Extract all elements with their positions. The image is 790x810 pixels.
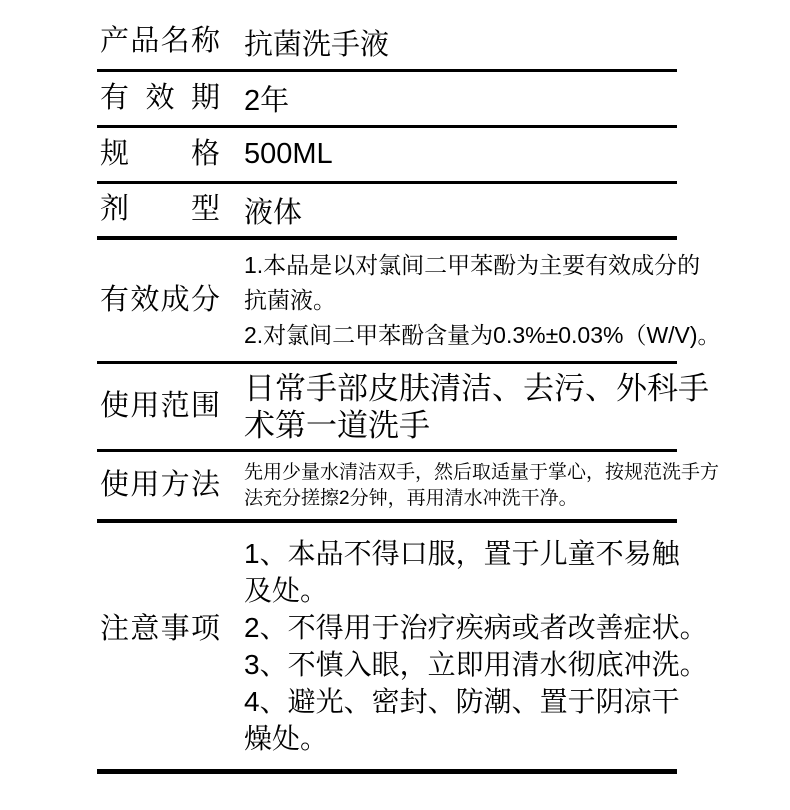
scope-of-use-text: 日常手部皮肤清洁、去污、外科手 术第一道洗手 [244,370,709,444]
precautions-text: 1、本品不得口服，置于儿童不易触 及处。 2、不得用于治疗疾病或者改善症状。 3… [244,535,708,757]
shelf-life-label: 有效期 [97,83,220,115]
precautions-label: 注意事项 [97,614,220,646]
row-product-name: 产品名称 抗菌洗手液 [97,15,677,72]
product-spec-page: 产品名称 抗菌洗手液 有效期 2年 规格 500ML 剂型 液体 有效成分 1.… [0,0,790,810]
usage-method-label: 使用方法 [97,470,220,502]
product-spec-table: 产品名称 抗菌洗手液 有效期 2年 规格 500ML 剂型 液体 有效成分 1.… [97,15,677,774]
dosage-form-value: 液体 [244,190,302,231]
shelf-life-value: 2年 [244,78,289,119]
row-scope-of-use: 使用范围 日常手部皮肤清洁、去污、外科手 术第一道洗手 [97,364,677,452]
row-specification: 规格 500ML [97,128,677,184]
dosage-form-label: 剂型 [97,194,220,226]
product-name-value: 抗菌洗手液 [244,22,389,63]
specification-value: 500ML [244,138,333,171]
specification-label: 规格 [97,139,220,171]
row-dosage-form: 剂型 液体 [97,184,677,240]
product-name-label: 产品名称 [97,26,220,58]
usage-method-text: 先用少量水清洁双手，然后取适量于掌心，按规范洗手方 法充分搓擦2分钟，再用清水冲… [244,460,719,512]
active-ingredients-label: 有效成分 [97,285,220,317]
active-ingredients-text: 1.本品是以对氯间二甲苯酚为主要有效成分的 抗菌液。 2.对氯间二甲苯酚含量为0… [244,248,721,353]
row-active-ingredients: 有效成分 1.本品是以对氯间二甲苯酚为主要有效成分的 抗菌液。 2.对氯间二甲苯… [97,240,677,364]
row-shelf-life: 有效期 2年 [97,72,677,128]
row-usage-method: 使用方法 先用少量水清洁双手，然后取适量于掌心，按规范洗手方 法充分搓擦2分钟，… [97,452,677,523]
row-precautions: 注意事项 1、本品不得口服，置于儿童不易触 及处。 2、不得用于治疗疾病或者改善… [97,523,677,774]
scope-of-use-label: 使用范围 [97,391,220,423]
